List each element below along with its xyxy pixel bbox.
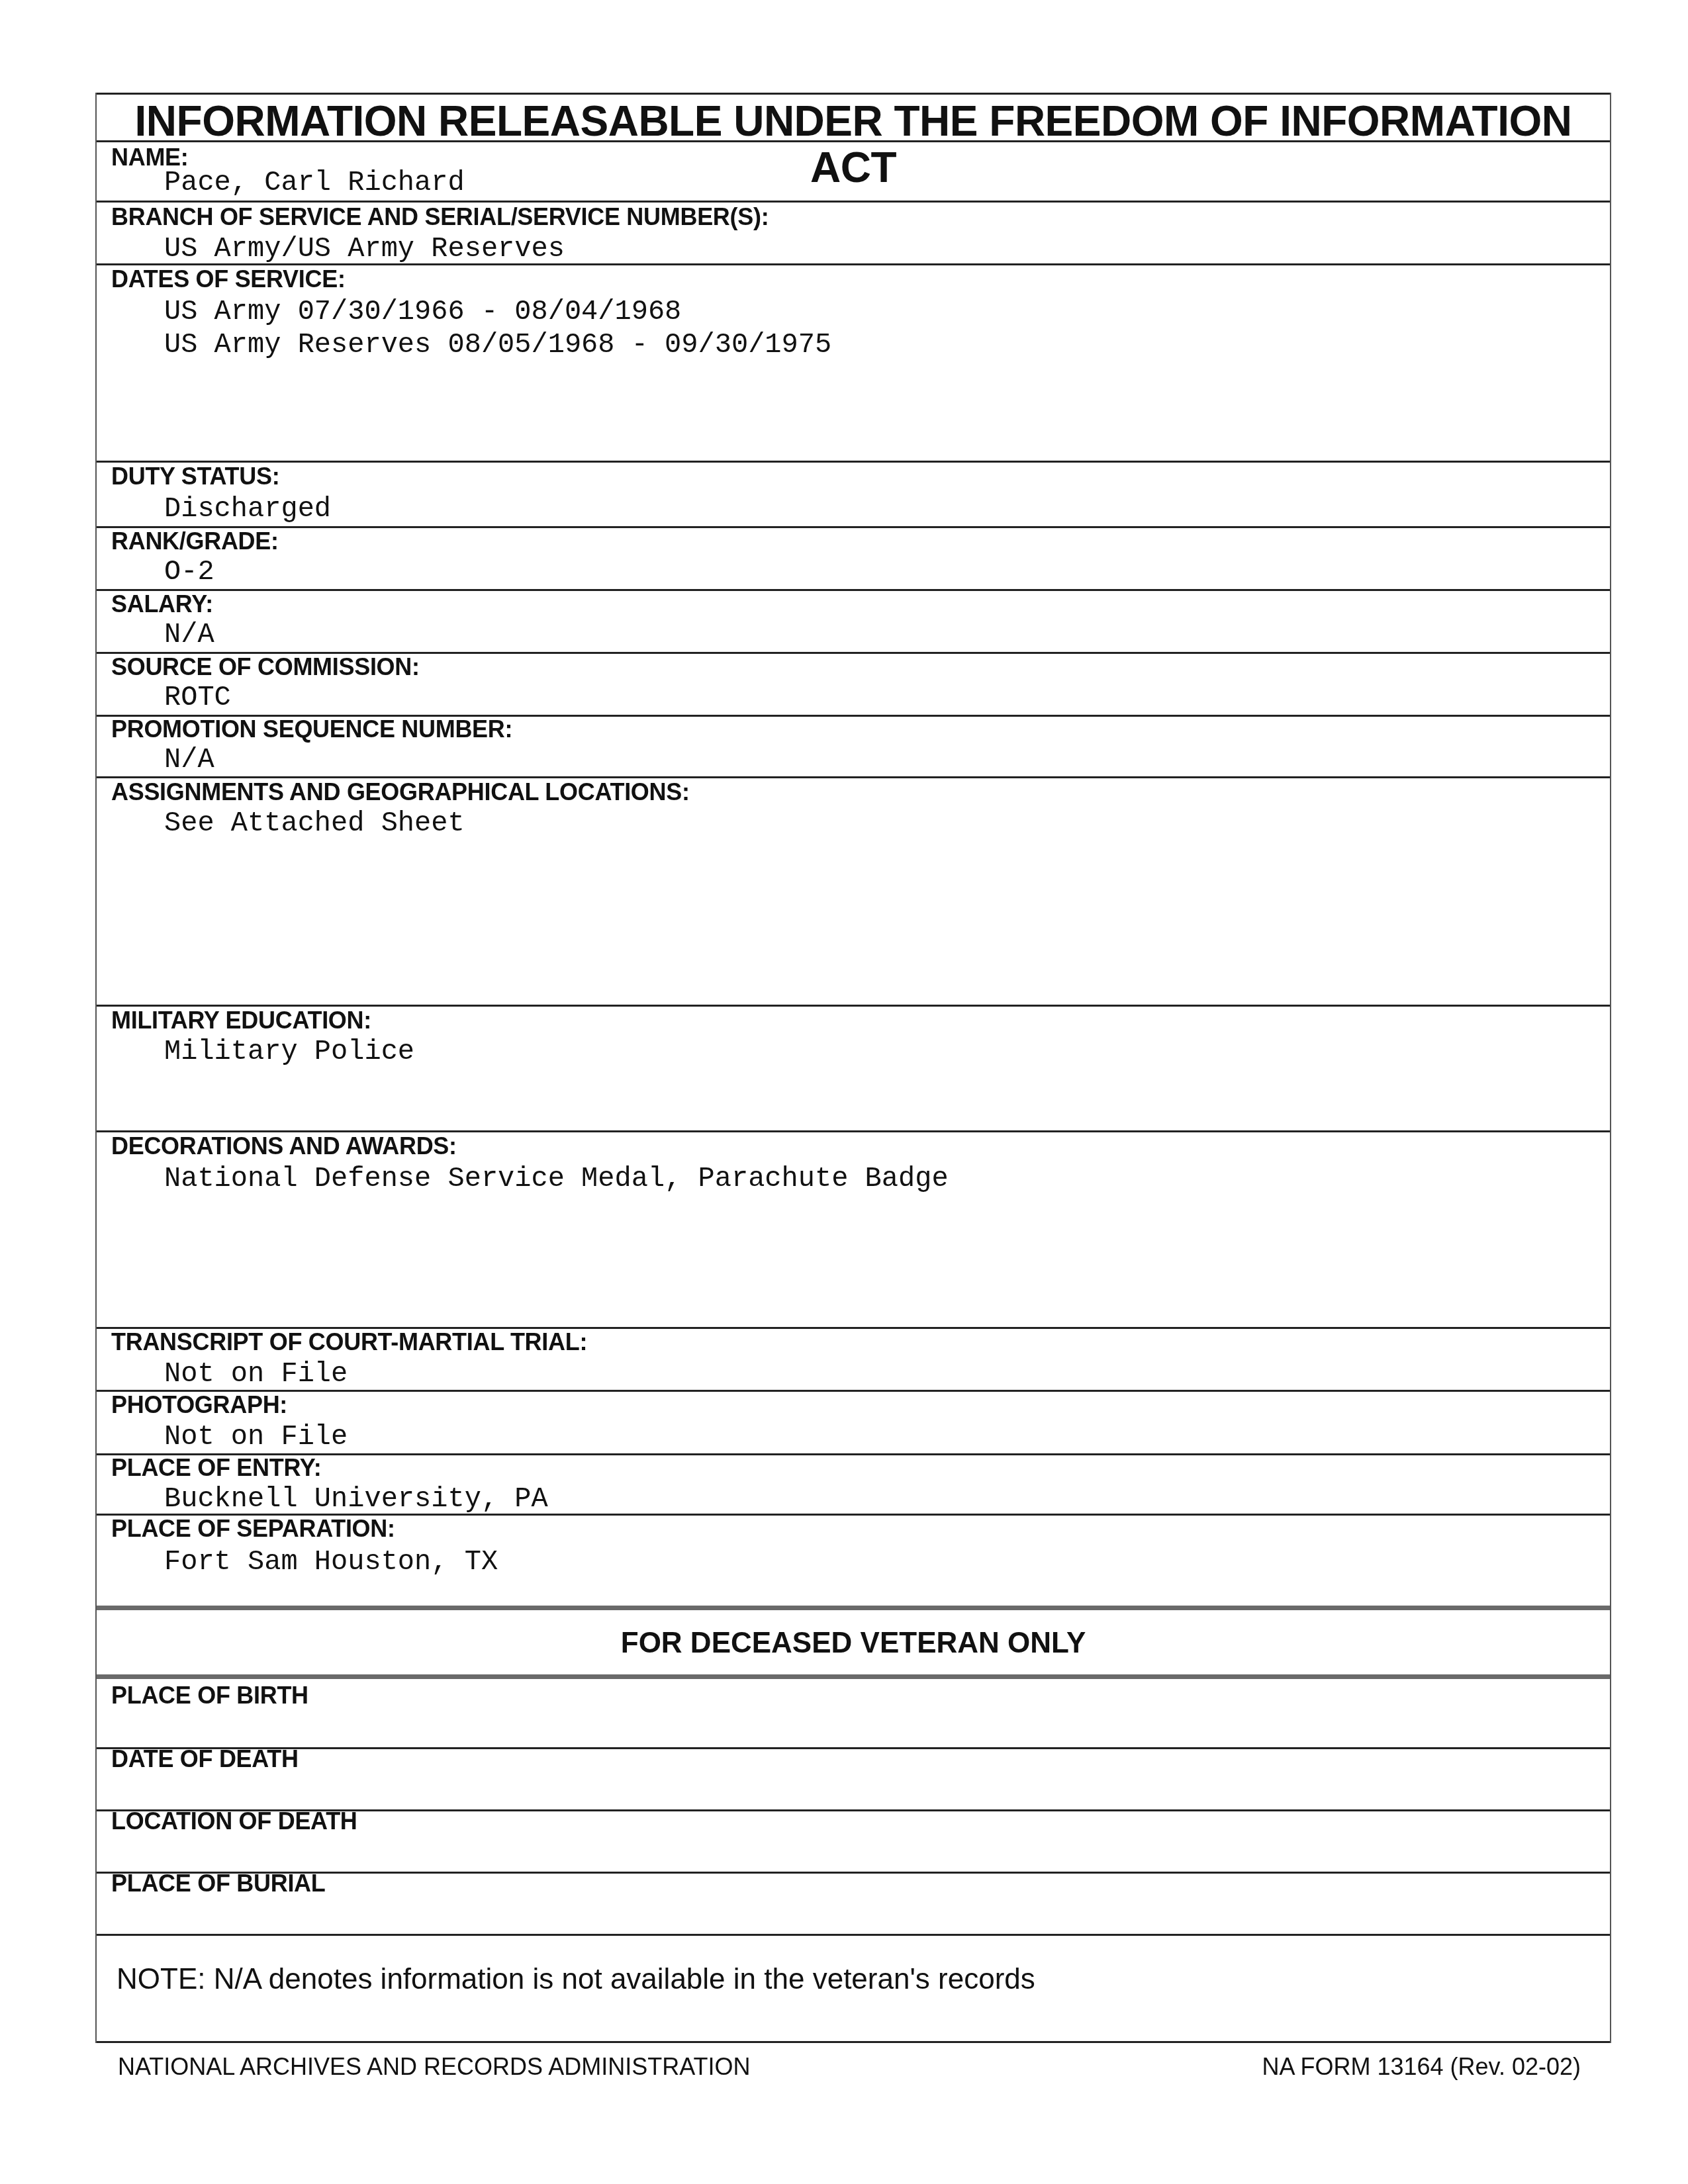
court-martial-label: TRANSCRIPT OF COURT-MARTIAL TRIAL: [111,1329,587,1355]
decorations-value: National Defense Service Medal, Parachut… [164,1163,949,1195]
dates-of-service-label: DATES OF SERVICE: [111,266,346,293]
place-of-burial-label: PLACE OF BURIAL [111,1870,326,1897]
divider [97,1390,1610,1392]
divider [97,589,1610,591]
divider [97,461,1610,463]
dates-of-service-line: US Army Reserves 08/05/1968 - 09/30/1975 [164,329,831,361]
branch-value: US Army/US Army Reserves [164,233,565,265]
divider [97,1674,1610,1679]
promotion-sequence-label: PROMOTION SEQUENCE NUMBER: [111,716,512,743]
court-martial-value: Not on File [164,1358,348,1390]
divider [97,526,1610,528]
na-note: NOTE: N/A denotes information is not ava… [117,1963,1035,1996]
place-of-birth-label: PLACE OF BIRTH [111,1682,308,1709]
date-of-death-label: DATE OF DEATH [111,1746,299,1772]
duty-status-label: DUTY STATUS: [111,463,279,490]
foia-release-form: INFORMATION RELEASABLE UNDER THE FREEDOM… [95,93,1611,2043]
deceased-section-heading: FOR DECEASED VETERAN ONLY [97,1627,1610,1660]
footer-agency: NATIONAL ARCHIVES AND RECORDS ADMINISTRA… [118,2053,750,2081]
assignments-value: See Attached Sheet [164,807,465,839]
divider [97,2041,1610,2043]
decorations-label: DECORATIONS AND AWARDS: [111,1133,457,1160]
source-of-commission-value: ROTC [164,682,231,713]
rank-grade-value: O-2 [164,556,214,588]
photograph-value: Not on File [164,1421,348,1453]
promotion-sequence-value: N/A [164,744,214,776]
photograph-label: PHOTOGRAPH: [111,1392,287,1418]
divider [97,1453,1610,1455]
branch-label: BRANCH OF SERVICE AND SERIAL/SERVICE NUM… [111,204,769,230]
source-of-commission-label: SOURCE OF COMMISSION: [111,654,420,680]
location-of-death-label: LOCATION OF DEATH [111,1808,357,1835]
place-of-separation-value: Fort Sam Houston, TX [164,1546,498,1578]
place-of-entry-value: Bucknell University, PA [164,1483,548,1515]
name-value: Pace, Carl Richard [164,167,465,199]
salary-label: SALARY: [111,591,213,617]
divider [97,93,1610,95]
place-of-separation-label: PLACE OF SEPARATION: [111,1516,395,1542]
salary-value: N/A [164,619,214,651]
footer-form-number: NA FORM 13164 (Rev. 02-02) [1262,2053,1581,2081]
military-education-label: MILITARY EDUCATION: [111,1007,371,1034]
duty-status-value: Discharged [164,493,331,525]
divider [97,1606,1610,1610]
divider [97,1934,1610,1936]
assignments-label: ASSIGNMENTS AND GEOGRAPHICAL LOCATIONS: [111,779,690,805]
rank-grade-label: RANK/GRADE: [111,528,279,555]
place-of-entry-label: PLACE OF ENTRY: [111,1455,322,1481]
dates-of-service-line: US Army 07/30/1966 - 08/04/1968 [164,296,681,328]
divider [97,1747,1610,1749]
military-education-value: Military Police [164,1036,414,1068]
divider [97,201,1610,203]
